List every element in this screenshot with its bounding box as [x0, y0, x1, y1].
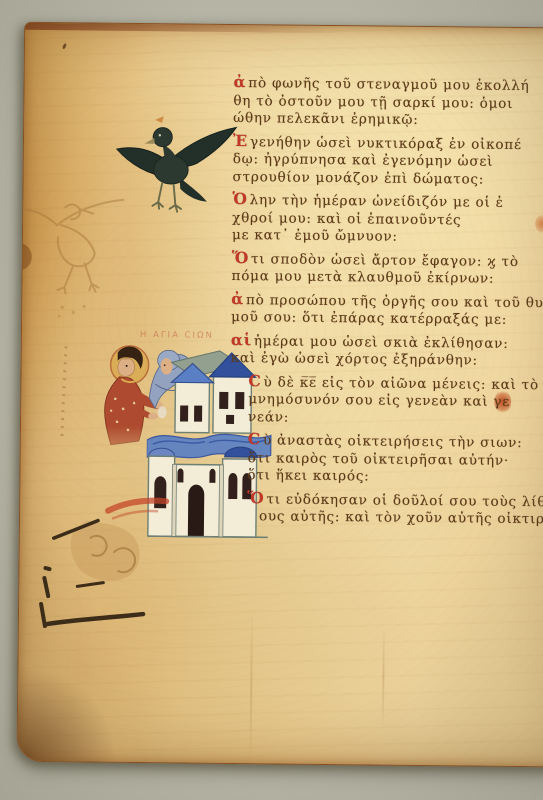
psalm-line-text: ώθην πελεκᾶνι ἐρημικῷ:: [233, 110, 419, 128]
column: [219, 465, 224, 537]
rubric-initial: Ὁ: [232, 189, 249, 208]
psalm-line-text: ὅτι καιρὸς τοῦ οἰκτειρῆσαι αὐτήν·: [248, 450, 510, 469]
raven-head: [153, 128, 172, 147]
psalm-line: ὅτι ἥκει καιρός:: [247, 467, 543, 488]
psalm-line-text: λην τὴν ἡμέραν ὠνείδιζόν με οἱ ἐ: [250, 192, 504, 211]
psalm-line-text: δῳ: ἠγρύπνησα καὶ ἐγενόμην ὡσεὶ: [233, 151, 494, 170]
psalm-line: ους αὐτῆς: καὶ τὸν χοῦν αὐτῆς οἰκτιρήσου…: [259, 508, 543, 529]
raven-beak: [145, 138, 156, 144]
raven-legs: [152, 183, 181, 212]
rubric-initial: Ὅ: [232, 247, 252, 266]
psalm-line-text: πὸ προσώπου τῆς ὀργῆς σου καὶ τοῦ θυ: [246, 292, 543, 311]
psalm-line-text: καὶ ἐγὼ ὡσεὶ χόρτος ἐξηράνθην:: [231, 350, 478, 369]
psalm-line-text: τι εὐδόκησαν οἱ δοῦλοί σου τοὺς λίθ: [266, 491, 543, 510]
rubric-initial: Ϲ: [248, 371, 263, 390]
rubric-initial: Ἐ: [233, 130, 250, 149]
ink-speck: [62, 43, 67, 50]
psalm-line-text: στρουθίον μονάζον ἐπὶ δώματος:: [233, 168, 485, 187]
left-tower: [175, 380, 210, 432]
psalm-line-text: ὺ δὲ κ̅ε̅ εἰς τὸν αἰῶνα μένεις: καὶ τὸ: [264, 374, 540, 393]
faded-marginal-inscription: [60, 346, 67, 438]
manuscript-page: Η ΑΓΙΑ ϹΙΩΝ: [16, 22, 543, 768]
rubric-initial: αἱ: [231, 329, 254, 348]
psalm-line-text: θη τὸ ὀστοῦν μου τῇ σαρκί μου: ὁμοι: [233, 92, 513, 111]
psalm-line-text: ὺ ἀναστὰς οἰκτειρήσεις τὴν σιων:: [263, 432, 523, 451]
photo-backdrop: Η ΑΓΙΑ ϹΙΩΝ: [0, 0, 543, 800]
psalm-line-text: με κατ᾽ ἐμοῦ ὤμνυον:: [232, 227, 398, 245]
psalm-line-text: τι σποδὸν ὡσεὶ ἄρτον ἔφαγον: ϗ τὸ: [251, 251, 519, 270]
psalm-line-text: χθροί μου: καὶ οἱ ἐπαινοῦντές: [232, 209, 461, 227]
rubric-initial: Ὅ: [247, 488, 267, 507]
psalm-line-text: ὅτι ἥκει καιρός:: [247, 467, 369, 484]
psalm-line: μοῦ σου: ὅτι ἐπάρας κατέρραξάς με:: [231, 309, 543, 330]
psalm-line-text: ους αὐτῆς: καὶ τὸν χοῦν αὐτῆς οἰκτιρήσου…: [259, 508, 543, 528]
orange-crest-mark: [155, 116, 164, 123]
psalm-line: νεάν:: [248, 409, 543, 430]
psalm-line: καὶ ἐγὼ ὡσεὶ χόρτος ἐξηράνθην:: [231, 350, 543, 371]
psalm-line-text: πόμα μου μετὰ κλαυθμοῦ ἐκίρνων:: [231, 268, 494, 287]
rubric-initial: ἀ: [231, 288, 246, 307]
faded-bird-sketch: [16, 195, 129, 332]
psalm-line-text: γενήθην ὡσεὶ νυκτικόραξ ἐν οἰκοπέ: [250, 134, 522, 153]
psalm-line: ώθην πελεκᾶνι ἐρημικῷ:: [233, 110, 543, 131]
parchment-crease: [382, 625, 385, 730]
psalm-line-text: μνημόσυνόν σου εἰς γενεὰν καὶ γε: [248, 391, 510, 410]
psalm-line-text: μοῦ σου: ὅτι ἐπάρας κατέρραξάς με:: [231, 309, 507, 328]
bird-outline: [24, 199, 123, 294]
psalm-line: πόμα μου μετὰ κλαυθμοῦ ἐκίρνων:: [231, 268, 543, 289]
night-raven-illustration: [109, 114, 245, 220]
burnt-top-edge: [25, 23, 345, 33]
ink-dots: [58, 305, 86, 318]
psalm-line: μνημόσυνόν σου εἰς γενεὰν καὶ γε: [248, 391, 543, 412]
psalm-line: με κατ᾽ ἐμοῦ ὤμνυον:: [232, 227, 543, 248]
parchment-crease: [249, 610, 253, 762]
rubric-initial: ἀ: [233, 72, 248, 91]
figure-face: [118, 359, 135, 377]
doorway: [188, 485, 205, 537]
psalm-text-block: ἀπὸ φωνῆς τοῦ στεναγμοῦ μου ἐκολλήθη τὸ …: [229, 69, 543, 529]
burnt-bottom-corner: [17, 655, 128, 764]
rubric-initial: Ϲ: [248, 429, 263, 448]
psalm-line-text: νεάν:: [248, 409, 289, 425]
psalm-line-text: ἡμέραι μου ὡσεὶ σκιὰ ἐκλίθησαν:: [254, 333, 509, 352]
psalm-line: στρουθίον μονάζον ἐπὶ δώματος:: [233, 168, 543, 189]
flaked-miniature-remnant: [25, 476, 177, 638]
psalm-line-text: πὸ φωνῆς τοῦ στεναγμοῦ μου ἐκολλή: [248, 75, 529, 94]
edge-stain: [16, 244, 31, 270]
raven-tail: [179, 177, 207, 201]
red-pigment-streak: [108, 500, 166, 511]
